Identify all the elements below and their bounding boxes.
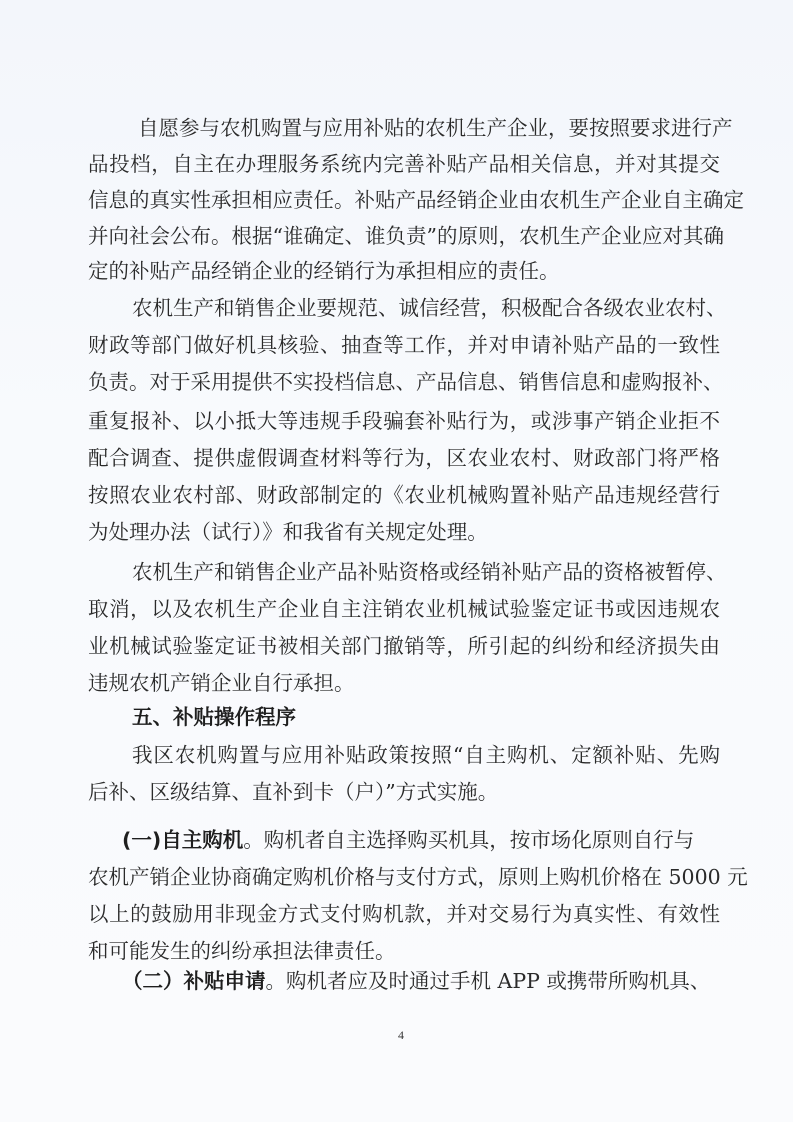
text-line: 并向社会公布。根据“谁确定、谁负责”的原则，农机生产企业应对其确 — [88, 218, 720, 254]
subheading-self-purchase: (一)自主购机 — [122, 828, 243, 852]
text-line: 农机生产和销售企业产品补贴资格或经销补贴产品的资格被暂停、 — [132, 554, 720, 590]
text-line: 定的补贴产品经销企业的经销行为承担相应的责任。 — [88, 253, 720, 289]
text-line: （二）补贴申请。购机者应及时通过手机 APP 或携带所购机具、 — [122, 963, 720, 999]
text-line: 我区农机购置与应用补贴政策按照“自主购机、定额补贴、先购 — [132, 737, 720, 773]
text-line: 财政等部门做好机具核验、抽查等工作，并对申请补贴产品的一致性 — [88, 327, 720, 363]
text-line: 业机械试验鉴定证书被相关部门撤销等，所引起的纠纷和经济损失由 — [88, 628, 720, 664]
text-line: 违规农机产销企业自行承担。 — [88, 665, 720, 701]
text-line: 取消，以及农机生产企业自主注销农业机械试验鉴定证书或因违规农 — [88, 591, 720, 627]
text-line: 以上的鼓励用非现金方式支付购机款，并对交易行为真实性、有效性 — [88, 896, 720, 932]
text-run: 。购机者应及时通过手机 APP 或携带所购机具、 — [266, 969, 711, 993]
text-line: (一)自主购机。购机者自主选择购买机具，按市场化原则自行与 — [122, 822, 720, 858]
text-line: 后补、区级结算、直补到卡（户）”方式实施。 — [88, 774, 720, 810]
text-line: 按照农业农村部、财政部制定的《农业机械购置补贴产品违规经营行 — [88, 477, 720, 513]
text-run: 。购机者自主选择购买机具，按市场化原则自行与 — [243, 828, 694, 852]
document-page: 自愿参与农机购置与应用补贴的农机生产企业，要按照要求进行产 品投档，自主在办理服… — [0, 0, 793, 1122]
text-line: 农机产销企业协商确定购机价格与支付方式，原则上购机价格在 5000 元 — [88, 859, 720, 895]
text-line: 重复报补、以小抵大等违规手段骗套补贴行为，或涉事产销企业拒不 — [88, 403, 720, 439]
page-number: 4 — [398, 1028, 404, 1043]
text-line: 信息的真实性承担相应责任。补贴产品经销企业由农机生产企业自主确定 — [88, 182, 720, 218]
section-heading: 五、补贴操作程序 — [132, 699, 532, 735]
text-line: 农机生产和销售企业要规范、诚信经营，积极配合各级农业农村、 — [132, 290, 720, 326]
text-line: 负责。对于采用提供不实投档信息、产品信息、销售信息和虚购报补、 — [88, 364, 720, 400]
text-line: 为处理办法（试行）》和我省有关规定处理。 — [88, 514, 720, 550]
text-line: 自愿参与农机购置与应用补贴的农机生产企业，要按照要求进行产 — [138, 110, 720, 146]
text-line: 品投档，自主在办理服务系统内完善补贴产品相关信息，并对其提交 — [88, 146, 720, 182]
text-line: 配合调查、提供虚假调查材料等行为，区农业农村、财政部门将严格 — [88, 440, 720, 476]
subheading-subsidy-application: （二）补贴申请 — [122, 969, 266, 993]
